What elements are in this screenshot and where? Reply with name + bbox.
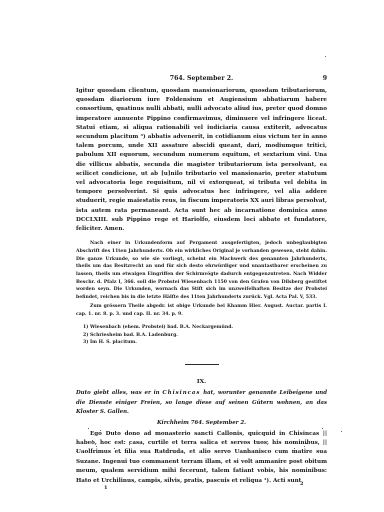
main-text: Igitur quosdam clientum, quosdam mansion…	[76, 87, 327, 234]
charter-paragraph: Ego Duto dono ad monasterio sancti Callo…	[76, 430, 327, 486]
note-paragraph: Nach einer in Urkundenform auf Pergament…	[76, 240, 327, 302]
footnote: 2) Schriesheim bad. B.A. Ladenburg.	[83, 332, 327, 340]
footnotes: 1) Wiesenbach (ehem. Probstei) bad. B.A.…	[76, 324, 327, 347]
summary-place: Chisincas	[162, 390, 200, 396]
section-summary: Duto giebt alles, was er in Chisincas ha…	[76, 389, 327, 418]
main-paragraph: Igitur quosdam clientum, quosdam mansion…	[76, 87, 327, 234]
dateline: Kirchheim 764. September 2.	[76, 419, 327, 429]
margin-mark: 1	[104, 484, 107, 492]
editorial-notes: Nach einer in Urkundenform auf Pergament…	[76, 240, 327, 318]
margin-marks: 1 2	[76, 486, 327, 494]
summary-text: Duto giebt alles, was er in	[76, 390, 162, 396]
scan-speck	[341, 431, 342, 432]
margin-mark: 2	[300, 480, 303, 488]
charter-text: Ego Duto dono ad monasterio sancti Callo…	[76, 430, 327, 486]
page-number: 9	[323, 74, 327, 84]
section-divider	[185, 364, 219, 365]
section-number: IX.	[76, 378, 327, 387]
running-head-title: 764. September 2.	[170, 75, 233, 82]
footnote: 1) Wiesenbach (ehem. Probstei) bad. B.A.…	[83, 324, 327, 332]
running-head: 764. September 2. 9	[76, 74, 327, 84]
footnote: 3) Im H. S. placitum.	[83, 339, 327, 347]
scan-speck	[325, 56, 326, 57]
note-paragraph: Zum grössern Theile abgedr. ist obige Ur…	[76, 303, 327, 318]
document-page: 764. September 2. 9 Igitur quosdam clien…	[76, 74, 327, 494]
